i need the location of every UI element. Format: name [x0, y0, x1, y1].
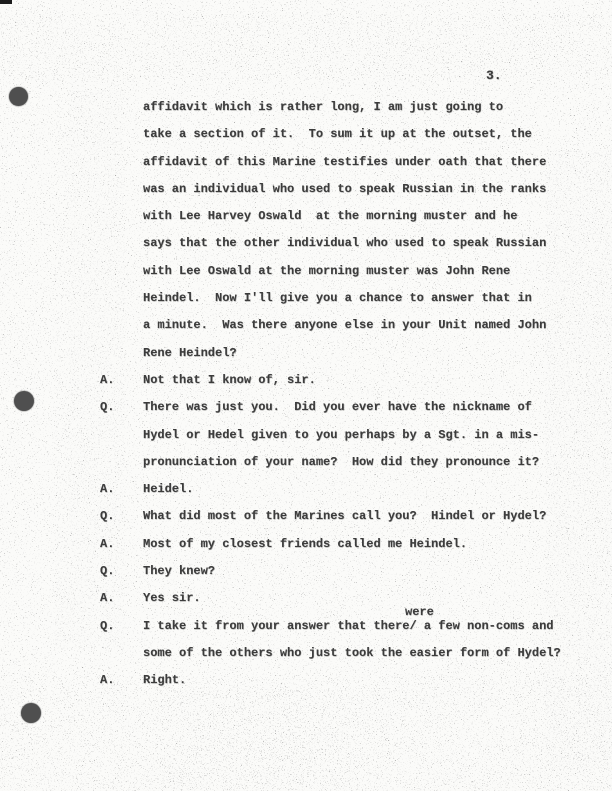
line-text: a minute. Was there anyone else in your … — [143, 312, 546, 339]
transcript-line: A.Yes sir. — [0, 585, 612, 612]
line-text: was an individual who used to speak Russ… — [143, 176, 546, 203]
line-text: take a section of it. To sum it up at th… — [143, 121, 532, 148]
transcript-line: A.Not that I know of, sir. — [0, 367, 612, 394]
transcript-line: affidavit which is rather long, I am jus… — [0, 94, 612, 121]
line-text: pronunciation of your name? How did they… — [143, 449, 539, 476]
transcript-line: pronunciation of your name? How did they… — [0, 449, 612, 476]
line-text: with Lee Oswald at the morning muster wa… — [143, 258, 510, 285]
transcript-line: Q.I take it from your answer that there/… — [0, 613, 612, 640]
transcript-line: some of the others who just took the eas… — [0, 640, 612, 667]
transcript: affidavit which is rather long, I am jus… — [0, 94, 612, 695]
hole-punch-mark — [21, 703, 41, 723]
line-text: affidavit which is rather long, I am jus… — [143, 94, 503, 121]
page-number: 3. — [486, 68, 502, 83]
transcript-line: Q.What did most of the Marines call you?… — [0, 503, 612, 530]
line-text: says that the other individual who used … — [143, 230, 546, 257]
scan-corner-artifact — [0, 0, 12, 4]
line-text: There was just you. Did you ever have th… — [143, 394, 532, 421]
transcript-line: take a section of it. To sum it up at th… — [0, 121, 612, 148]
hole-punch-mark — [14, 391, 34, 411]
line-text: Rene Heindel? — [143, 340, 237, 367]
transcript-line: Hydel or Hedel given to you perhaps by a… — [0, 422, 612, 449]
line-text: Heindel. Now I'll give you a chance to a… — [143, 285, 532, 312]
transcript-line: Heindel. Now I'll give you a chance to a… — [0, 285, 612, 312]
speaker-label: A. — [100, 667, 114, 694]
transcript-line: Q.There was just you. Did you ever have … — [0, 394, 612, 421]
line-text: some of the others who just took the eas… — [143, 640, 561, 667]
line-text: Right. — [143, 667, 186, 694]
speaker-label: A. — [100, 367, 114, 394]
speaker-label: A. — [100, 531, 114, 558]
speaker-label: Q. — [100, 394, 114, 421]
transcript-line: A.Most of my closest friends called me H… — [0, 531, 612, 558]
transcript-line: Rene Heindel? — [0, 340, 612, 367]
line-text: Yes sir. — [143, 585, 201, 612]
line-text: What did most of the Marines call you? H… — [143, 503, 546, 530]
transcript-line: affidavit of this Marine testifies under… — [0, 149, 612, 176]
line-text: Not that I know of, sir. — [143, 367, 316, 394]
transcript-line: was an individual who used to speak Russ… — [0, 176, 612, 203]
line-text: They knew? — [143, 558, 215, 585]
line-text: Most of my closest friends called me Hei… — [143, 531, 467, 558]
transcript-line: A.Heidel. — [0, 476, 612, 503]
line-text: I take it from your answer that there/ a… — [143, 613, 553, 640]
transcript-line: A.Right. — [0, 667, 612, 694]
speaker-label: A. — [100, 585, 114, 612]
speaker-label: Q. — [100, 503, 114, 530]
transcript-line: a minute. Was there anyone else in your … — [0, 312, 612, 339]
speaker-label: Q. — [100, 613, 114, 640]
speaker-label: Q. — [100, 558, 114, 585]
transcript-line: Q.They knew? — [0, 558, 612, 585]
line-text: Heidel. — [143, 476, 193, 503]
transcript-line: with Lee Harvey Oswald at the morning mu… — [0, 203, 612, 230]
line-text: Hydel or Hedel given to you perhaps by a… — [143, 422, 539, 449]
line-text: affidavit of this Marine testifies under… — [143, 149, 546, 176]
speaker-label: A. — [100, 476, 114, 503]
line-text: with Lee Harvey Oswald at the morning mu… — [143, 203, 517, 230]
inserted-word: were — [405, 605, 434, 619]
hole-punch-mark — [9, 87, 28, 106]
scanned-document-page: 3. affidavit which is rather long, I am … — [0, 0, 612, 791]
transcript-line: with Lee Oswald at the morning muster wa… — [0, 258, 612, 285]
transcript-line: says that the other individual who used … — [0, 230, 612, 257]
